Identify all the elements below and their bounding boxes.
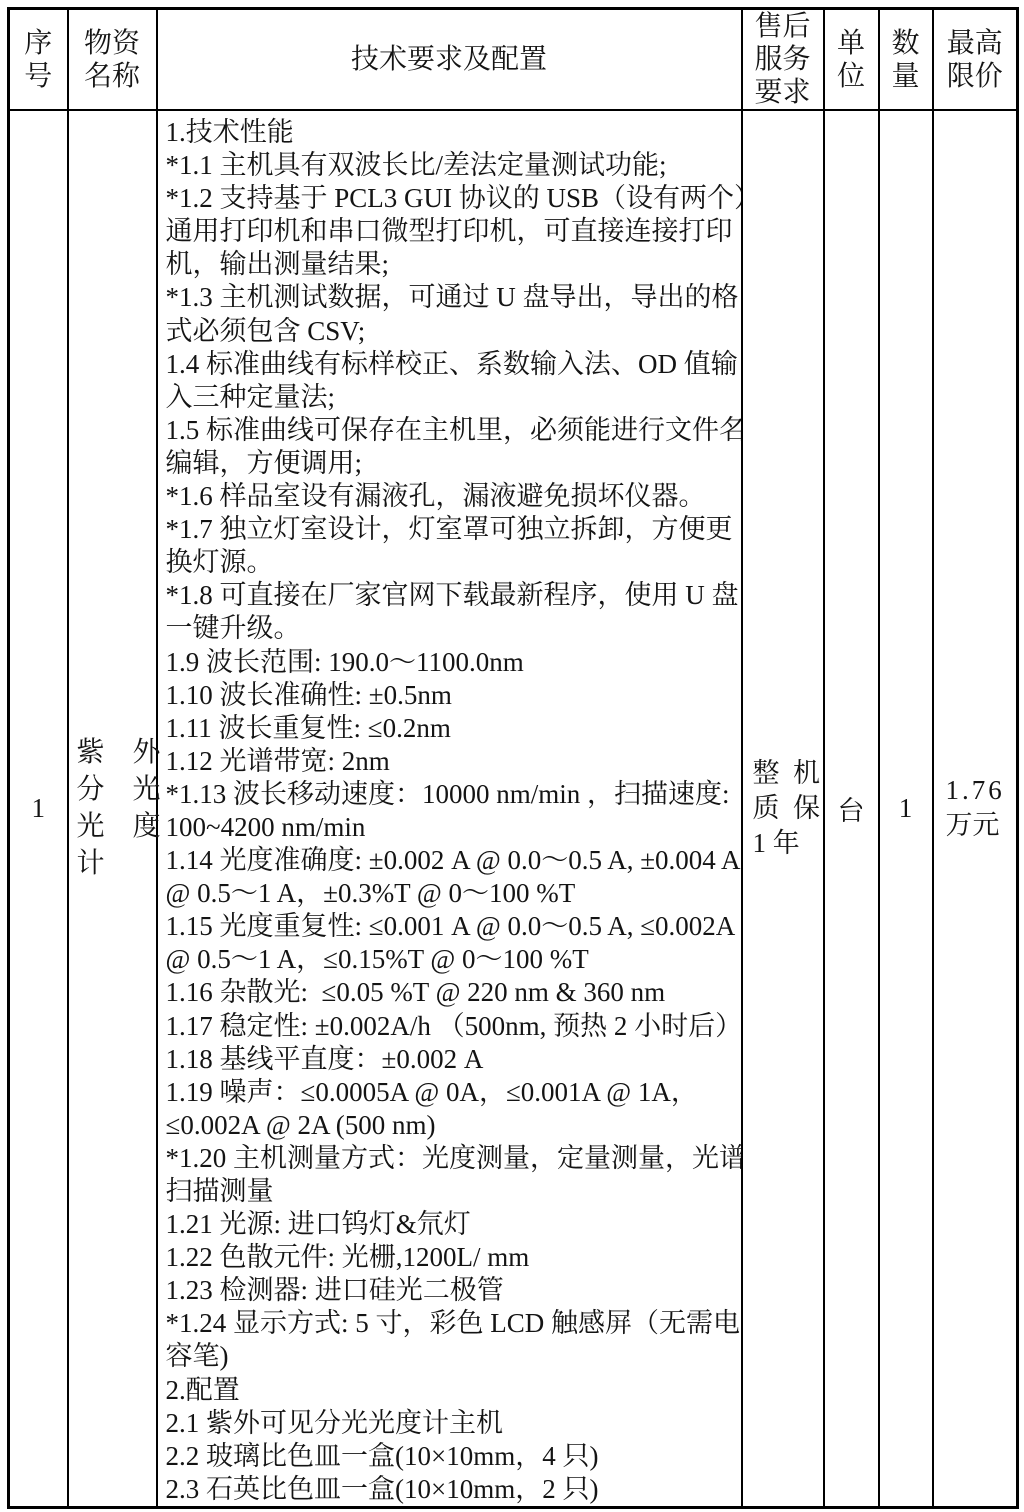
- text-line: 1.11 波长重复性: ≤0.2nm: [166, 712, 739, 745]
- text-line: 一键升级。: [166, 612, 739, 645]
- text-line: 入三种定量法;: [166, 381, 739, 414]
- after-sales-requirement: 整 机质 保1 年: [753, 756, 823, 861]
- tech-spec-cell: 1.技术性能*1.1 主机具有双波长比/差法定量测试功能;*1.2 支持基于 P…: [157, 110, 742, 1507]
- text-line: 1.4 标准曲线有标样校正、系数输入法、OD 值输: [166, 348, 739, 381]
- text-line: 2.1 紫外可见分光光度计主机: [166, 1407, 739, 1440]
- text-line: 1.18 基线平直度：±0.002 A: [166, 1043, 739, 1076]
- text-line: 1.76: [946, 773, 1017, 808]
- text-line: 1.15 光度重复性: ≤0.001 A @ 0.0～0.5 A, ≤0.002…: [166, 910, 739, 943]
- text-line: 1.21 光源: 进口钨灯&氘灯: [166, 1208, 739, 1241]
- header-tech-spec: 技术要求及配置: [157, 9, 742, 111]
- text-line: *1.24 显示方式: 5 寸，彩色 LCD 触感屏（无需电: [166, 1307, 739, 1340]
- text-line: ≤0.002A @ 2A (500 nm): [166, 1109, 739, 1142]
- header-item-name: 物资名称: [68, 9, 157, 111]
- text-line: 1.16 杂散光: ≤0.05 %T @ 220 nm & 360 nm: [166, 976, 739, 1009]
- text-line: 1.10 波长准确性: ±0.5nm: [166, 679, 739, 712]
- item-name: 紫 外分 光光 度计: [77, 734, 156, 882]
- after-sales-cell: 整 机质 保1 年: [742, 110, 824, 1507]
- text-line: 整 机: [753, 756, 823, 791]
- unit-cell: 台: [824, 110, 879, 1507]
- table-row: 1 紫 外分 光光 度计 1.技术性能*1.1 主机具有双波长比/差法定量测试功…: [9, 110, 1018, 1507]
- text-line: 式必须包含 CSV;: [166, 315, 739, 348]
- text-line: 1.5 标准曲线可保存在主机里，必须能进行文件名: [166, 414, 739, 447]
- header-seq: 序号: [9, 9, 68, 111]
- text-line: *1.20 主机测量方式：光度测量，定量测量，光谱: [166, 1142, 739, 1175]
- max-price: 1.76万元: [946, 773, 1017, 843]
- text-line: 机，输出测量结果;: [166, 248, 739, 281]
- text-line: 1.19 噪声：≤0.0005A @ 0A，≤0.001A @ 1A，: [166, 1076, 739, 1109]
- text-line: 1.14 光度准确度: ±0.002 A @ 0.0～0.5 A, ±0.004…: [166, 844, 739, 877]
- header-after-sales: 售后服务要求: [742, 9, 824, 111]
- text-line: 2.配置: [166, 1374, 739, 1407]
- item-name-cell: 紫 外分 光光 度计: [68, 110, 157, 1507]
- text-line: 光 度: [77, 808, 156, 845]
- text-line: 100~4200 nm/min: [166, 811, 739, 844]
- text-line: @ 0.5～1 A，±0.3%T @ 0～100 %T: [166, 877, 739, 910]
- text-line: 1.22 色散元件: 光栅,1200L/ mm: [166, 1241, 739, 1274]
- text-line: 扫描测量: [166, 1175, 739, 1208]
- document-page: 序号 物资名称 技术要求及配置 售后服务要求 单位 数量 最高限价 1 紫 外分…: [0, 0, 1024, 1512]
- text-line: 1.23 检测器: 进口硅光二极管: [166, 1274, 739, 1307]
- text-line: 通用打印机和串口微型打印机，可直接连接打印: [166, 215, 739, 248]
- text-line: *1.7 独立灯室设计，灯室罩可独立拆卸，方便更: [166, 513, 739, 546]
- text-line: 1.技术性能: [166, 116, 739, 149]
- quantity-cell: 1: [879, 110, 933, 1507]
- text-line: 换灯源。: [166, 546, 739, 579]
- text-line: 2.2 玻璃比色皿一盒(10×10mm，4 只): [166, 1440, 739, 1473]
- text-line: *1.13 波长移动速度：10000 nm/min ，扫描速度:: [166, 778, 739, 811]
- header-max-price: 最高限价: [933, 9, 1018, 111]
- max-price-cell: 1.76万元: [933, 110, 1018, 1507]
- text-line: @ 0.5～1 A，≤0.15%T @ 0～100 %T: [166, 943, 739, 976]
- text-line: 编辑，方便调用;: [166, 447, 739, 480]
- text-line: 紫 外: [77, 734, 156, 771]
- text-line: 分 光: [77, 771, 156, 808]
- procurement-spec-table: 序号 物资名称 技术要求及配置 售后服务要求 单位 数量 最高限价 1 紫 外分…: [7, 7, 1019, 1509]
- text-line: 容笔): [166, 1340, 739, 1373]
- text-line: 1 年: [753, 826, 823, 861]
- text-line: 1.9 波长范围: 190.0～1100.0nm: [166, 646, 739, 679]
- header-unit: 单位: [824, 9, 879, 111]
- text-line: 2.3 石英比色皿一盒(10×10mm，2 只): [166, 1473, 739, 1506]
- text-line: 1.17 稳定性: ±0.002A/h （500nm, 预热 2 小时后）: [166, 1010, 739, 1043]
- text-line: 万元: [946, 808, 1017, 843]
- text-line: *1.3 主机测试数据，可通过 U 盘导出，导出的格: [166, 281, 739, 314]
- header-row: 序号 物资名称 技术要求及配置 售后服务要求 单位 数量 最高限价: [9, 9, 1018, 111]
- text-line: *1.1 主机具有双波长比/差法定量测试功能;: [166, 149, 739, 182]
- text-line: 质 保: [753, 791, 823, 826]
- text-line: 1.12 光谱带宽: 2nm: [166, 745, 739, 778]
- text-line: *1.6 样品室设有漏液孔，漏液避免损坏仪器。: [166, 480, 739, 513]
- text-line: *1.8 可直接在厂家官网下载最新程序，使用 U 盘: [166, 579, 739, 612]
- text-line: *1.2 支持基于 PCL3 GUI 协议的 USB（设有两个）: [166, 182, 739, 215]
- seq-cell: 1: [9, 110, 68, 1507]
- header-quantity: 数量: [879, 9, 933, 111]
- text-line: 计: [77, 845, 156, 882]
